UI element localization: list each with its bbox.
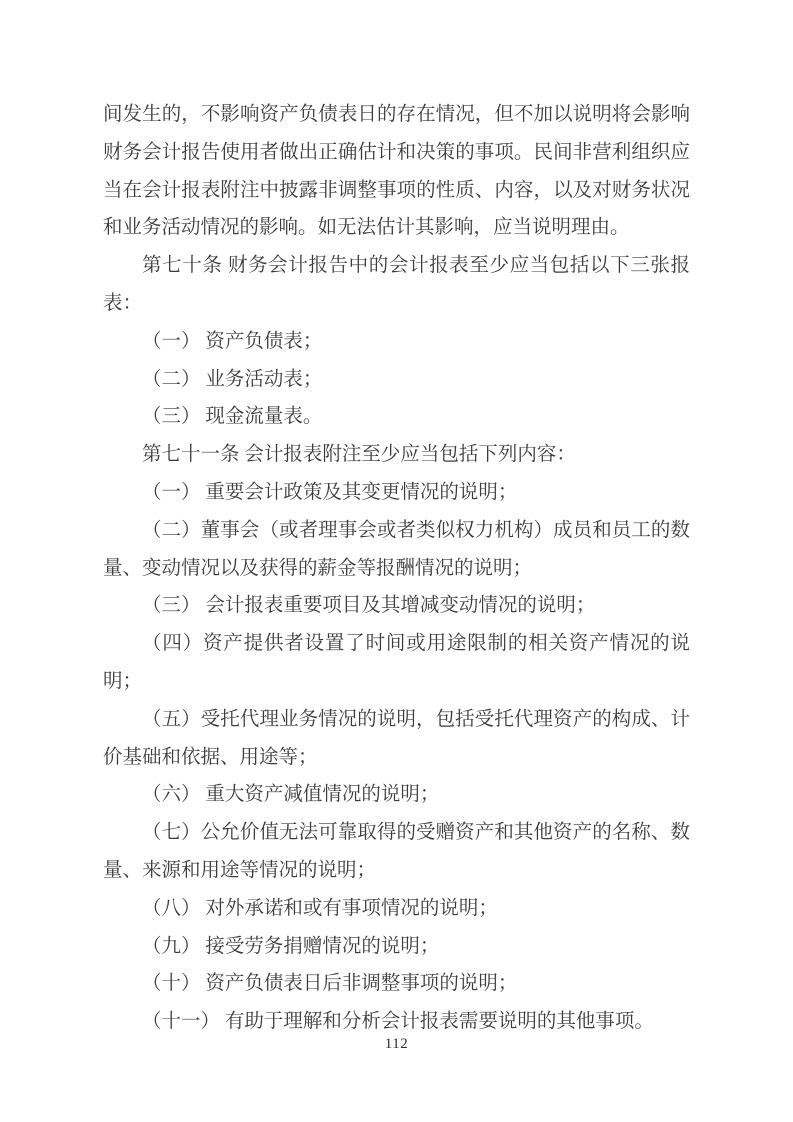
paragraph-continuation: 间发生的，不影响资产负债表日的存在情况，但不加以说明将会影响财务会计报告使用者做… — [103, 96, 690, 247]
article-70-item-3: （三） 现金流量表。 — [103, 398, 690, 436]
article-71-item-7: （七）公允价值无法可靠取得的受赠资产和其他资产的名称、数量、来源和用途等情况的说… — [103, 814, 690, 890]
page-number: 112 — [385, 1036, 408, 1052]
article-71-item-8: （八） 对外承诺和或有事项情况的说明； — [103, 890, 690, 928]
article-71-item-6: （六） 重大资产减值情况的说明； — [103, 776, 690, 814]
article-70-item-1: （一） 资产负债表； — [103, 323, 690, 361]
article-71-item-2: （二）董事会（或者理事会或者类似权力机构）成员和员工的数量、变动情况以及获得的薪… — [103, 512, 690, 588]
article-70-heading: 第七十条 财务会计报告中的会计报表至少应当包括以下三张报表： — [103, 247, 690, 323]
page-footer: 112 — [0, 1035, 793, 1053]
article-71-item-1: （一） 重要会计政策及其变更情况的说明； — [103, 474, 690, 512]
article-71-item-9: （九） 接受劳务捐赠情况的说明； — [103, 928, 690, 966]
article-71-item-4: （四）资产提供者设置了时间或用途限制的相关资产情况的说明； — [103, 625, 690, 701]
article-71-heading: 第七十一条 会计报表附注至少应当包括下列内容： — [103, 436, 690, 474]
article-71-item-10: （十） 资产负债表日后非调整事项的说明； — [103, 965, 690, 1003]
article-70-item-2: （二） 业务活动表； — [103, 361, 690, 399]
page-body-text: 间发生的，不影响资产负债表日的存在情况，但不加以说明将会影响财务会计报告使用者做… — [103, 96, 690, 1041]
article-71-item-3: （三） 会计报表重要项目及其增减变动情况的说明； — [103, 587, 690, 625]
article-71-item-5: （五）受托代理业务情况的说明，包括受托代理资产的构成、计价基础和依据、用途等； — [103, 701, 690, 777]
document-page: 间发生的，不影响资产负债表日的存在情况，但不加以说明将会影响财务会计报告使用者做… — [0, 0, 793, 1122]
